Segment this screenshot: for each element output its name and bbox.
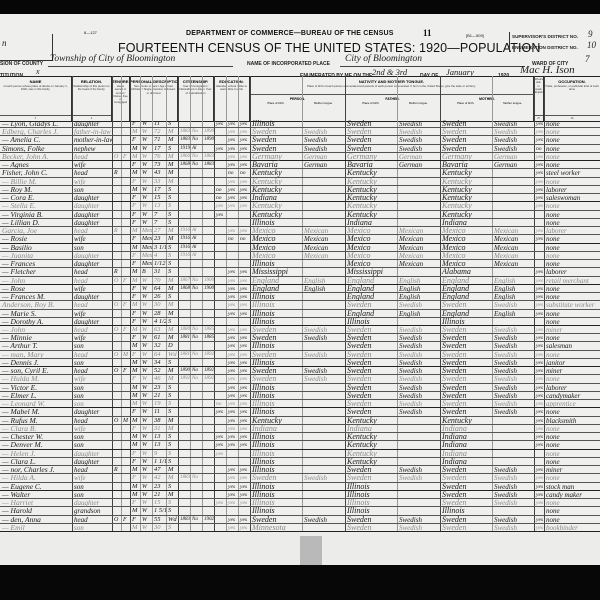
naturalized-cell bbox=[190, 211, 202, 219]
mother-birthplace-cell: Kentucky bbox=[440, 169, 492, 177]
read-cell: yes bbox=[226, 293, 238, 301]
naturalized-cell bbox=[190, 450, 202, 458]
speaks-english-cell: yes bbox=[534, 169, 544, 177]
sex-cell: M bbox=[130, 186, 140, 194]
name-cell: — Juanita bbox=[0, 252, 72, 260]
census-row: — Lillian D. daughter F W 7 S Illinois I… bbox=[0, 219, 600, 227]
father-birthplace-cell: Sweden bbox=[345, 120, 397, 128]
immigration-year-cell bbox=[178, 392, 190, 400]
read-cell: yes bbox=[226, 417, 238, 425]
mother-tongue-cell bbox=[302, 408, 345, 416]
age-cell: 7 bbox=[152, 219, 166, 227]
father-birthplace-cell: Mexico bbox=[345, 252, 397, 260]
father-tongue-cell bbox=[397, 450, 440, 458]
naturalization-year-cell bbox=[202, 194, 214, 202]
name-cell: — Mabel M. bbox=[0, 408, 72, 416]
name-cell: — Marie S. bbox=[0, 310, 72, 318]
occupation-cell: none bbox=[544, 450, 600, 458]
read-cell: yes bbox=[226, 178, 238, 186]
name-cell: — Virginia B. bbox=[0, 211, 72, 219]
speaks-english-cell bbox=[534, 260, 544, 268]
speaks-english-cell: yes bbox=[534, 417, 544, 425]
speaks-english-cell: yes bbox=[534, 161, 544, 169]
free-mortgaged-cell bbox=[121, 450, 130, 458]
age-cell: 27 bbox=[152, 227, 166, 235]
school-cell: yes bbox=[214, 211, 226, 219]
mother-tongue-cell-parent: Swedish bbox=[492, 301, 534, 309]
color-cell: W bbox=[140, 474, 152, 482]
occupation-cell: none bbox=[544, 285, 600, 293]
sex-cell: M bbox=[130, 466, 140, 474]
mother-tongue-cell-parent: Mexican bbox=[492, 260, 534, 268]
speaks-english-cell: yes bbox=[534, 227, 544, 235]
naturalized-cell bbox=[190, 425, 202, 433]
marital-cell: M bbox=[166, 285, 178, 293]
color-cell: W bbox=[140, 334, 152, 342]
birthplace-cell: Illinois bbox=[250, 384, 302, 392]
relation-cell: head bbox=[72, 227, 112, 235]
birthplace-cell: Kentucky bbox=[250, 417, 302, 425]
census-row: — Eugene C. son M W 23 S yes yes Illinoi… bbox=[0, 483, 600, 491]
tenure-cell: O bbox=[112, 277, 121, 285]
write-cell: yes bbox=[238, 474, 250, 482]
school-cell bbox=[214, 351, 226, 359]
immigration-year-cell bbox=[178, 318, 190, 326]
father-tongue-cell: Swedish bbox=[397, 392, 440, 400]
sex-cell: M bbox=[130, 342, 140, 350]
father-tongue-cell: Swedish bbox=[397, 301, 440, 309]
speaks-english-cell bbox=[534, 219, 544, 227]
free-mortgaged-cell bbox=[121, 161, 130, 169]
naturalization-year-cell bbox=[202, 252, 214, 260]
naturalized-cell bbox=[190, 310, 202, 318]
census-row: Edberg, Charles J. father-in-law M W 72 … bbox=[0, 128, 600, 136]
free-mortgaged-cell bbox=[121, 334, 130, 342]
speaks-english-cell: yes bbox=[534, 186, 544, 194]
mother-tongue-cell: Swedish bbox=[302, 474, 345, 482]
column-header-relation: RELATION. Relationship of this person to… bbox=[72, 77, 112, 121]
school-cell bbox=[214, 507, 226, 515]
read-cell: yes bbox=[226, 153, 238, 161]
naturalized-cell bbox=[190, 194, 202, 202]
column-header-band: NAME of each person whose place of abode… bbox=[0, 76, 600, 122]
mother-birthplace-cell: Indiana bbox=[440, 458, 492, 466]
occupation-cell: none bbox=[544, 260, 600, 268]
write-cell: yes bbox=[238, 483, 250, 491]
color-cell: W bbox=[140, 219, 152, 227]
age-cell: 64 bbox=[152, 285, 166, 293]
name-cell: — John bbox=[0, 277, 72, 285]
name-cell: — Clara B. bbox=[0, 425, 72, 433]
birthplace-cell: Indiana bbox=[250, 425, 302, 433]
mother-tongue-cell: English bbox=[302, 285, 345, 293]
naturalization-year-cell bbox=[202, 145, 214, 153]
color-cell: W bbox=[140, 392, 152, 400]
age-cell: 3 1/12 bbox=[152, 244, 166, 252]
mother-birthplace-cell: Sweden bbox=[440, 491, 492, 499]
name-cell: — Lyon, Gladys L. bbox=[0, 120, 72, 128]
age-cell: 46 bbox=[152, 375, 166, 383]
census-row: — Billie M. wife F W 33 M yes yes Kentuc… bbox=[0, 178, 600, 186]
write-cell: yes bbox=[238, 408, 250, 416]
free-mortgaged-cell bbox=[121, 524, 130, 532]
birthplace-cell: Sweden bbox=[250, 334, 302, 342]
mother-tongue-cell: Mexican bbox=[302, 227, 345, 235]
division-underline bbox=[48, 66, 233, 67]
name-cell: — Hulda M. bbox=[0, 375, 72, 383]
sex-cell: M bbox=[130, 483, 140, 491]
mother-tongue-cell: Mexican bbox=[302, 235, 345, 243]
relation-cell: son bbox=[72, 483, 112, 491]
immigration-year-cell: 1883 bbox=[178, 474, 190, 482]
immigration-year-cell: 1868 bbox=[178, 285, 190, 293]
father-tongue-cell bbox=[397, 219, 440, 227]
speaks-english-cell: yes bbox=[534, 359, 544, 367]
father-tongue-cell bbox=[397, 169, 440, 177]
mother-tongue-cell bbox=[302, 359, 345, 367]
school-cell: no bbox=[214, 186, 226, 194]
mother-birthplace-cell: Illinois bbox=[440, 507, 492, 515]
sex-cell: M bbox=[130, 326, 140, 334]
read-cell: yes bbox=[226, 285, 238, 293]
speaks-english-cell: yes bbox=[534, 235, 544, 243]
free-mortgaged-cell bbox=[121, 169, 130, 177]
speaks-english-cell: yes bbox=[534, 285, 544, 293]
father-birthplace-cell: Illinois bbox=[345, 483, 397, 491]
mother-tongue-cell-parent: Swedish bbox=[492, 466, 534, 474]
father-tongue-cell: Swedish bbox=[397, 342, 440, 350]
mother-tongue-cell bbox=[302, 384, 345, 392]
marital-cell: M bbox=[166, 334, 178, 342]
occupation-cell: none bbox=[544, 441, 600, 449]
mother-tongue-cell bbox=[302, 466, 345, 474]
free-mortgaged-cell bbox=[121, 285, 130, 293]
name-cell: — Rose bbox=[0, 285, 72, 293]
mother-tongue-cell-parent: Swedish bbox=[492, 483, 534, 491]
father-birthplace-cell: Sweden bbox=[345, 334, 397, 342]
write-cell: yes bbox=[238, 178, 250, 186]
marital-cell: M bbox=[166, 375, 178, 383]
father-tongue-cell bbox=[397, 194, 440, 202]
census-row: Garcia, Joe head R M Mex 27 M 1916 Al ye… bbox=[0, 227, 600, 235]
write-cell: yes bbox=[238, 202, 250, 210]
name-cell: — Fletcher bbox=[0, 268, 72, 276]
tenure-cell bbox=[112, 392, 121, 400]
color-cell: W bbox=[140, 128, 152, 136]
occupation-cell: none bbox=[544, 252, 600, 260]
mother-tongue-cell bbox=[302, 169, 345, 177]
birthplace-cell: Illinois bbox=[250, 318, 302, 326]
father-birthplace-cell: Sweden bbox=[345, 128, 397, 136]
naturalization-year-cell: 1890 bbox=[202, 136, 214, 144]
naturalization-year-cell bbox=[202, 169, 214, 177]
scan-border-bottom bbox=[0, 565, 600, 600]
read-cell: yes bbox=[226, 128, 238, 136]
color-cell: W bbox=[140, 367, 152, 375]
immigration-year-cell bbox=[178, 400, 190, 408]
name-cell: — Emil bbox=[0, 524, 72, 532]
age-cell: 76 bbox=[152, 153, 166, 161]
birthplace-cell: Illinois bbox=[250, 433, 302, 441]
naturalization-year-cell bbox=[202, 202, 214, 210]
free-mortgaged-cell bbox=[121, 474, 130, 482]
occupation-cell: stock man bbox=[544, 483, 600, 491]
sex-cell: M bbox=[130, 244, 140, 252]
naturalization-year-cell bbox=[202, 301, 214, 309]
naturalization-year-cell: 1885 bbox=[202, 326, 214, 334]
sex-cell: M bbox=[130, 277, 140, 285]
census-row: — Rose wife F W 64 M 1868 Na 1900 yes ye… bbox=[0, 285, 600, 293]
free-mortgaged-cell bbox=[121, 310, 130, 318]
school-cell bbox=[214, 178, 226, 186]
census-row: — son, Cyril E. head O F M W 52 M 1890 N… bbox=[0, 367, 600, 375]
age-cell: 30 bbox=[152, 524, 166, 532]
father-birthplace-cell: Kentucky bbox=[345, 450, 397, 458]
father-birthplace-cell: Sweden bbox=[345, 375, 397, 383]
tenure-cell bbox=[112, 136, 121, 144]
mother-tongue-cell bbox=[302, 499, 345, 507]
tenure-cell: O bbox=[112, 351, 121, 359]
father-tongue-cell bbox=[397, 417, 440, 425]
birthplace-cell: Kentucky bbox=[250, 211, 302, 219]
name-cell: — Clara L. bbox=[0, 458, 72, 466]
read-cell: yes bbox=[226, 466, 238, 474]
census-row: — Rufus M. head O M M W 38 M yes yes Ken… bbox=[0, 417, 600, 425]
age-cell: 72 bbox=[152, 128, 166, 136]
census-row: — Harold grandson M W 1 5/12 S Illinois … bbox=[0, 507, 600, 515]
write-cell: yes bbox=[238, 128, 250, 136]
father-tongue-cell bbox=[397, 178, 440, 186]
father-birthplace-cell: Mexico bbox=[345, 244, 397, 252]
write-cell: yes bbox=[238, 417, 250, 425]
age-cell: 71 bbox=[152, 136, 166, 144]
marital-cell: S bbox=[166, 359, 178, 367]
sex-cell: M bbox=[130, 153, 140, 161]
name-cell: — nor, Charles J. bbox=[0, 466, 72, 474]
sex-cell: M bbox=[130, 491, 140, 499]
relation-cell: daughter bbox=[72, 408, 112, 416]
free-mortgaged-cell bbox=[121, 128, 130, 136]
name-cell: — Amelia C. bbox=[0, 136, 72, 144]
age-cell: 11 bbox=[152, 408, 166, 416]
relation-cell: son bbox=[72, 392, 112, 400]
color-cell: W bbox=[140, 186, 152, 194]
father-birthplace-cell: Kentucky bbox=[345, 186, 397, 194]
immigration-year-cell bbox=[178, 202, 190, 210]
naturalized-cell: Al bbox=[190, 235, 202, 243]
naturalized-cell bbox=[190, 483, 202, 491]
father-birthplace-cell: Bavaria bbox=[345, 161, 397, 169]
name-cell: Garcia, Joe bbox=[0, 227, 72, 235]
stub-box bbox=[0, 34, 53, 61]
color-cell: W bbox=[140, 211, 152, 219]
father-birthplace-cell: England bbox=[345, 293, 397, 301]
occupation-cell: steel worker bbox=[544, 169, 600, 177]
color-cell: W bbox=[140, 400, 152, 408]
mother-tongue-cell bbox=[302, 417, 345, 425]
enumeration-district-value: 10 bbox=[587, 40, 596, 50]
read-cell: yes bbox=[226, 384, 238, 392]
name-cell: — Harriet bbox=[0, 499, 72, 507]
write-cell: yes bbox=[238, 466, 250, 474]
mother-tongue-cell-parent: Swedish bbox=[492, 128, 534, 136]
sex-cell: F bbox=[130, 211, 140, 219]
mother-tongue-cell bbox=[302, 211, 345, 219]
naturalization-year-cell bbox=[202, 318, 214, 326]
name-cell: — Denver M. bbox=[0, 441, 72, 449]
mother-tongue-cell-parent bbox=[492, 169, 534, 177]
free-mortgaged-cell: F bbox=[121, 516, 130, 524]
read-cell: no bbox=[226, 235, 238, 243]
write-cell: yes bbox=[238, 425, 250, 433]
sex-cell: F bbox=[130, 458, 140, 466]
birthplace-cell: Illinois bbox=[250, 400, 302, 408]
school-cell bbox=[214, 384, 226, 392]
tenure-cell bbox=[112, 252, 121, 260]
school-cell bbox=[214, 310, 226, 318]
school-cell bbox=[214, 277, 226, 285]
mother-tongue-cell: Swedish bbox=[302, 326, 345, 334]
naturalized-cell bbox=[190, 392, 202, 400]
age-cell: 61 bbox=[152, 334, 166, 342]
color-cell: W bbox=[140, 458, 152, 466]
age-cell: 42 bbox=[152, 474, 166, 482]
naturalization-year-cell bbox=[202, 342, 214, 350]
color-cell: W bbox=[140, 169, 152, 177]
read-cell: yes bbox=[226, 334, 238, 342]
father-tongue-cell bbox=[397, 441, 440, 449]
naturalized-cell bbox=[190, 400, 202, 408]
tenure-cell bbox=[112, 202, 121, 210]
free-mortgaged-cell bbox=[121, 145, 130, 153]
marital-cell: S bbox=[166, 450, 178, 458]
birthplace-cell: Kentucky bbox=[250, 169, 302, 177]
census-row: — Minnie wife F W 61 M 1881 Na 1885 yes … bbox=[0, 334, 600, 342]
free-mortgaged-cell bbox=[121, 392, 130, 400]
color-cell: W bbox=[140, 301, 152, 309]
birthplace-cell: Sweden bbox=[250, 375, 302, 383]
father-birthplace-cell: Mexico bbox=[345, 227, 397, 235]
occupation-cell: none bbox=[544, 433, 600, 441]
tenure-cell bbox=[112, 375, 121, 383]
mother-birthplace-cell: Indiana bbox=[440, 450, 492, 458]
birthplace-cell: Minnesota bbox=[250, 524, 302, 532]
age-cell: 13 bbox=[152, 441, 166, 449]
age-cell: 15 bbox=[152, 194, 166, 202]
school-cell bbox=[214, 244, 226, 252]
birthplace-cell: Kentucky bbox=[250, 178, 302, 186]
mother-birthplace-cell: England bbox=[440, 277, 492, 285]
name-cell: — Victor E. bbox=[0, 384, 72, 392]
census-row: — Leonard W. son M W 19 S no yes yes Ill… bbox=[0, 400, 600, 408]
naturalization-year-cell bbox=[202, 507, 214, 515]
naturalized-cell: Al bbox=[190, 252, 202, 260]
occupation-cell: laborer bbox=[544, 268, 600, 276]
name-cell: — Elmer L. bbox=[0, 392, 72, 400]
relation-cell: son bbox=[72, 186, 112, 194]
mother-tongue-cell: Swedish bbox=[302, 334, 345, 342]
speaks-english-cell: yes bbox=[534, 499, 544, 507]
color-cell: W bbox=[140, 293, 152, 301]
marital-cell: S bbox=[166, 293, 178, 301]
father-tongue-cell: German bbox=[397, 153, 440, 161]
relation-cell: son bbox=[72, 359, 112, 367]
speaks-english-cell: no bbox=[534, 145, 544, 153]
free-mortgaged-cell: F bbox=[121, 367, 130, 375]
marital-cell: S bbox=[166, 408, 178, 416]
relation-cell: wife bbox=[72, 310, 112, 318]
school-cell bbox=[214, 342, 226, 350]
census-row: — Clara B. wife F W 31 M yes yes Indiana… bbox=[0, 425, 600, 433]
immigration-year-cell bbox=[178, 359, 190, 367]
age-cell: 1 1/12 bbox=[152, 458, 166, 466]
color-cell: Mex bbox=[140, 252, 152, 260]
father-birthplace-cell: Sweden bbox=[345, 400, 397, 408]
free-mortgaged-cell bbox=[121, 227, 130, 235]
column-header-occupation: OCCUPATION. Trade, profession, or partic… bbox=[544, 77, 600, 121]
marital-cell: S bbox=[166, 186, 178, 194]
naturalized-cell bbox=[190, 260, 202, 268]
tenure-cell bbox=[112, 433, 121, 441]
speaks-english-cell: yes bbox=[534, 342, 544, 350]
age-cell: 17 bbox=[152, 186, 166, 194]
tenure-cell bbox=[112, 211, 121, 219]
immigration-year-cell: 1916 bbox=[178, 227, 190, 235]
read-cell bbox=[226, 260, 238, 268]
immigration-year-cell bbox=[178, 268, 190, 276]
father-tongue-cell: Swedish bbox=[397, 359, 440, 367]
name-cell: — Billie M. bbox=[0, 178, 72, 186]
color-cell: W bbox=[140, 507, 152, 515]
sex-cell: M bbox=[130, 268, 140, 276]
mother-tongue-cell-parent: Swedish bbox=[492, 351, 534, 359]
speaks-english-cell: yes bbox=[534, 351, 544, 359]
name-cell: — Eugene C. bbox=[0, 483, 72, 491]
write-cell: yes bbox=[238, 433, 250, 441]
color-cell: W bbox=[140, 450, 152, 458]
mother-tongue-cell: German bbox=[302, 161, 345, 169]
immigration-year-cell bbox=[178, 458, 190, 466]
father-tongue-cell bbox=[397, 202, 440, 210]
birthplace-cell: Illinois bbox=[250, 120, 302, 128]
read-cell bbox=[226, 450, 238, 458]
immigration-year-cell: 1883 bbox=[178, 128, 190, 136]
free-mortgaged-cell bbox=[121, 194, 130, 202]
father-tongue-cell: English bbox=[397, 277, 440, 285]
free-mortgaged-cell bbox=[121, 244, 130, 252]
sheet-number: 11 bbox=[423, 28, 432, 38]
tenure-cell bbox=[112, 260, 121, 268]
birthplace-cell: Sweden bbox=[250, 326, 302, 334]
birthplace-cell: England bbox=[250, 277, 302, 285]
column-header-name: NAME of each person whose place of abode… bbox=[0, 77, 72, 121]
read-cell: yes bbox=[226, 351, 238, 359]
mother-tongue-cell bbox=[302, 441, 345, 449]
speaks-english-cell: yes bbox=[534, 491, 544, 499]
name-cell: — Basilio bbox=[0, 244, 72, 252]
write-cell: yes bbox=[238, 342, 250, 350]
free-mortgaged-cell bbox=[121, 219, 130, 227]
father-tongue-cell bbox=[397, 211, 440, 219]
father-birthplace-cell: Illinois bbox=[345, 507, 397, 515]
sex-cell: M bbox=[130, 128, 140, 136]
occupation-cell: none bbox=[544, 516, 600, 524]
tenure-cell bbox=[112, 408, 121, 416]
sex-cell: F bbox=[130, 499, 140, 507]
father-tongue-cell bbox=[397, 458, 440, 466]
father-tongue-cell bbox=[397, 507, 440, 515]
name-cell: — Frances M. bbox=[0, 293, 72, 301]
